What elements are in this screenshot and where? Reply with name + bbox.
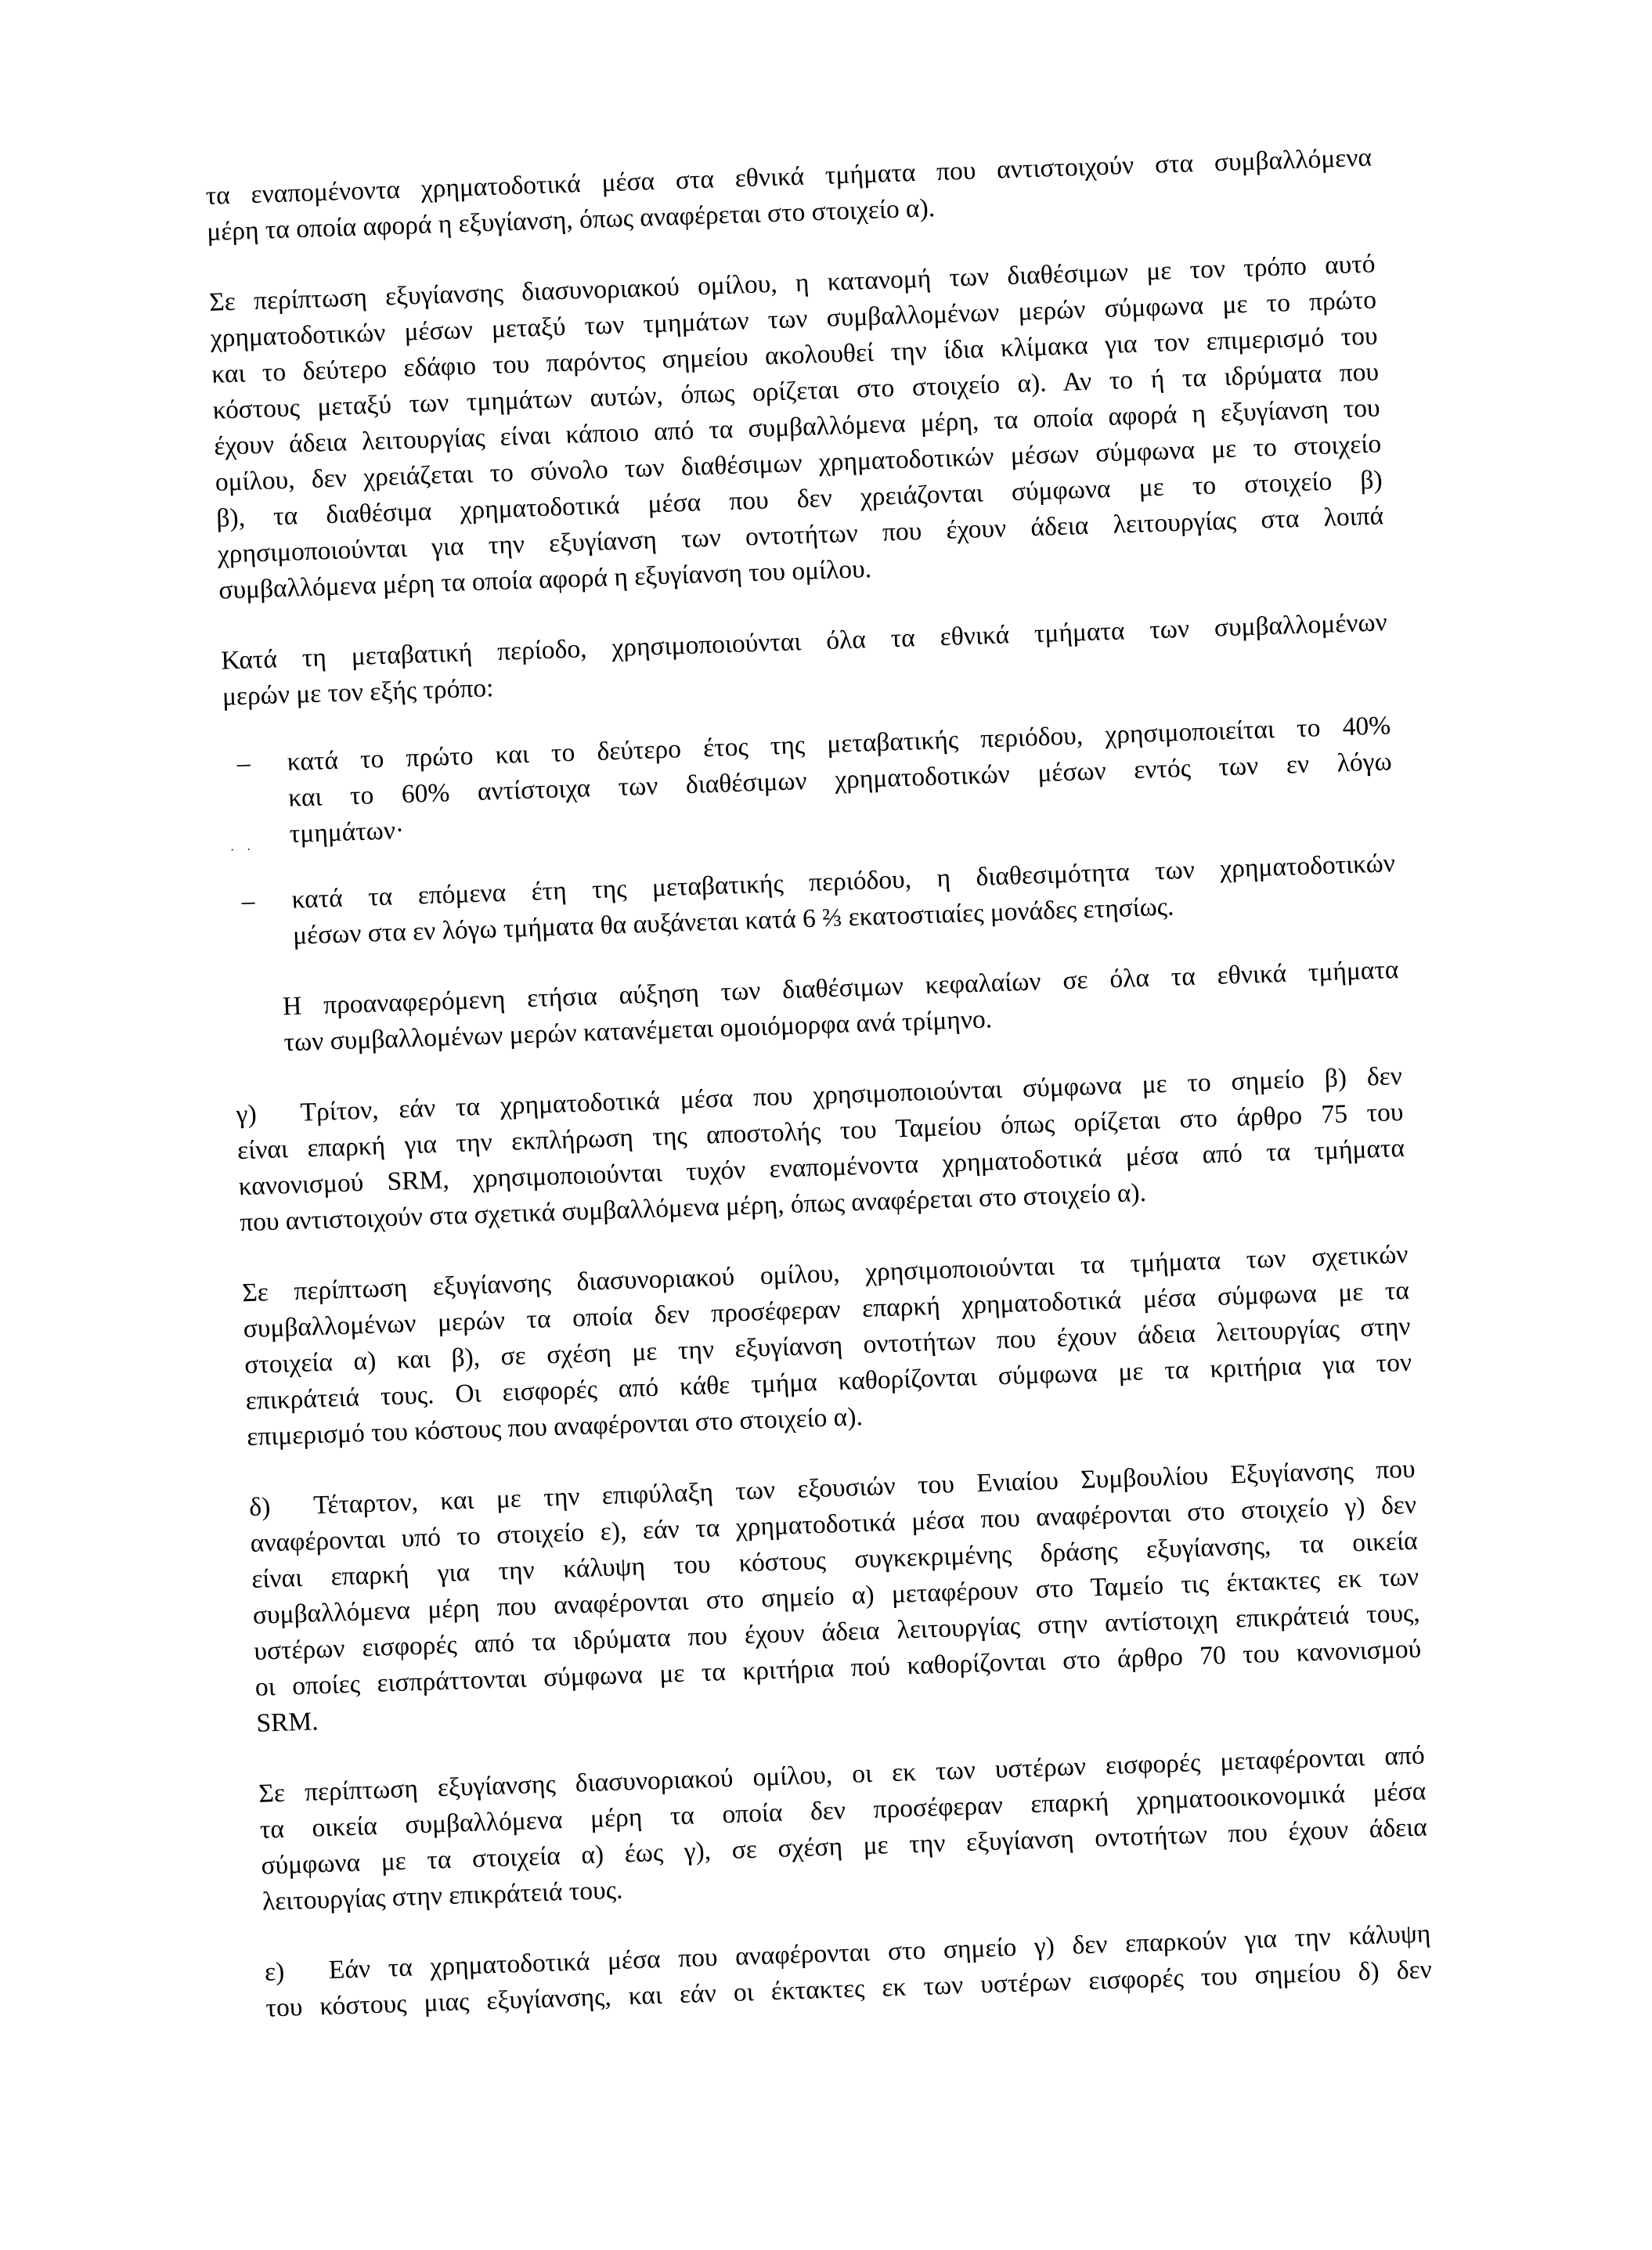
bullet-item: – κατά τα επόμενα έτη της μεταβατικής πε… [229,846,1397,956]
bullet-list: – . . κατά το πρώτο και το δεύτερο έτος … [224,708,1397,956]
paragraph-annual-increase: Η προαναφερόμενη ετήσια αύξηση των διαθέ… [232,952,1400,1062]
item-delta: δ)Τέταρτον, και με την επιφύλαξη των εξο… [249,1451,1423,1742]
dash-bullet-icon: – [236,745,269,782]
item-epsilon: ε)Εάν τα χρηματοδοτικά μέσα που αναφέρον… [264,1916,1432,2026]
paragraph-continuation: τα εναπομένοντα χρηματοδοτικά μέσα στα ε… [205,140,1373,251]
item-label: δ) [249,1487,314,1526]
item-label: ε) [264,1953,329,1991]
item-gamma-cross-border: Σε περίπτωση εξυγίανσης διασυνοριακού ομ… [241,1237,1413,1455]
paragraph-transition-period: Κατά τη μεταβατική περίοδο, χρησιμοποιού… [221,604,1389,715]
item-delta-cross-border: Σε περίπτωση εξυγίανσης διασυνοριακού ομ… [258,1737,1429,1920]
item-label: γ) [236,1095,301,1134]
scanned-page: τα εναπομένοντα χρηματοδοτικά μέσα στα ε… [0,0,1652,2250]
paragraph-cross-border-allocation: Σε περίπτωση εξυγίανσης διασυνοριακού ομ… [209,247,1386,609]
dash-bullet-icon: – [241,883,274,920]
scan-artifact-dots: . . [230,827,256,864]
document-body: τα εναπομένοντα χρηματοδοτικά μέσα στα ε… [205,140,1434,2061]
item-gamma: γ)Τρίτον, εάν τα χρηματοδοτικά μέσα που … [236,1058,1406,1241]
bullet-item: – . . κατά το πρώτο και το δεύτερο έτος … [224,708,1394,854]
